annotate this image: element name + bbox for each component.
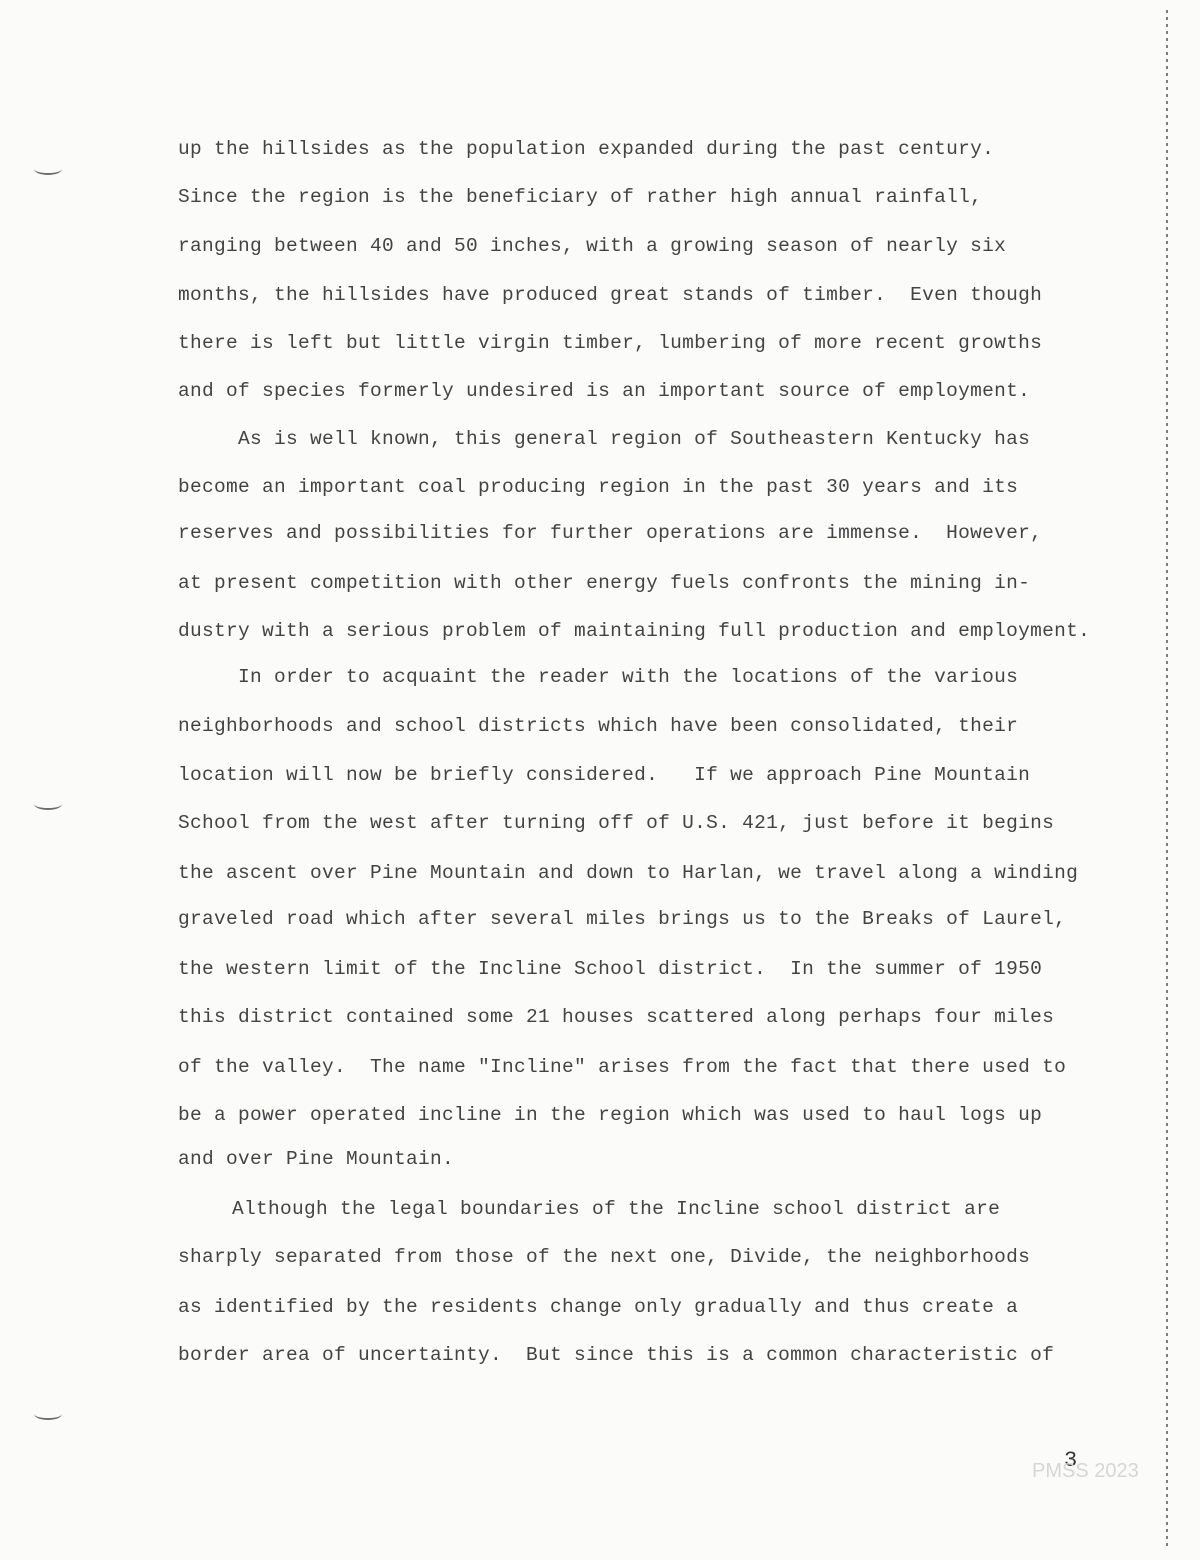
text-line: border area of uncertainty. But since th… (178, 1344, 1054, 1366)
punch-hole-mark (34, 798, 62, 810)
text-line: this district contained some 21 houses s… (178, 1006, 1054, 1028)
text-line: ranging between 40 and 50 inches, with a… (178, 235, 1006, 257)
text-line: of the valley. The name "Incline" arises… (178, 1056, 1066, 1078)
text-line: dustry with a serious problem of maintai… (178, 620, 1090, 642)
punch-hole-mark (34, 1408, 62, 1420)
text-line: become an important coal producing regio… (178, 476, 1018, 498)
text-line: months, the hillsides have produced grea… (178, 284, 1042, 306)
text-line: up the hillsides as the population expan… (178, 138, 994, 160)
text-line: graveled road which after several miles … (178, 908, 1066, 930)
text-line: reserves and possibilities for further o… (178, 522, 1042, 544)
text-line: the ascent over Pine Mountain and down t… (178, 862, 1078, 884)
document-page: up the hillsides as the population expan… (0, 0, 1200, 1560)
watermark: PMSS 2023 (1032, 1460, 1139, 1483)
text-line: Although the legal boundaries of the Inc… (232, 1198, 1000, 1220)
text-line: In order to acquaint the reader with the… (238, 666, 1018, 688)
text-line: location will now be briefly considered.… (178, 764, 1030, 786)
text-line: at present competition with other energy… (178, 572, 1030, 594)
text-line: be a power operated incline in the regio… (178, 1104, 1042, 1126)
page-edge-border (1166, 10, 1168, 1550)
punch-hole-mark (34, 163, 62, 175)
text-line: there is left but little virgin timber, … (178, 332, 1042, 354)
text-line: As is well known, this general region of… (238, 428, 1030, 450)
text-line: the western limit of the Incline School … (178, 958, 1042, 980)
text-line: sharply separated from those of the next… (178, 1246, 1030, 1268)
text-line: as identified by the residents change on… (178, 1296, 1018, 1318)
text-line: Since the region is the beneficiary of r… (178, 186, 982, 208)
text-line: School from the west after turning off o… (178, 812, 1054, 834)
text-line: and of species formerly undesired is an … (178, 380, 1030, 402)
text-line: neighborhoods and school districts which… (178, 715, 1018, 737)
text-line: and over Pine Mountain. (178, 1148, 454, 1170)
